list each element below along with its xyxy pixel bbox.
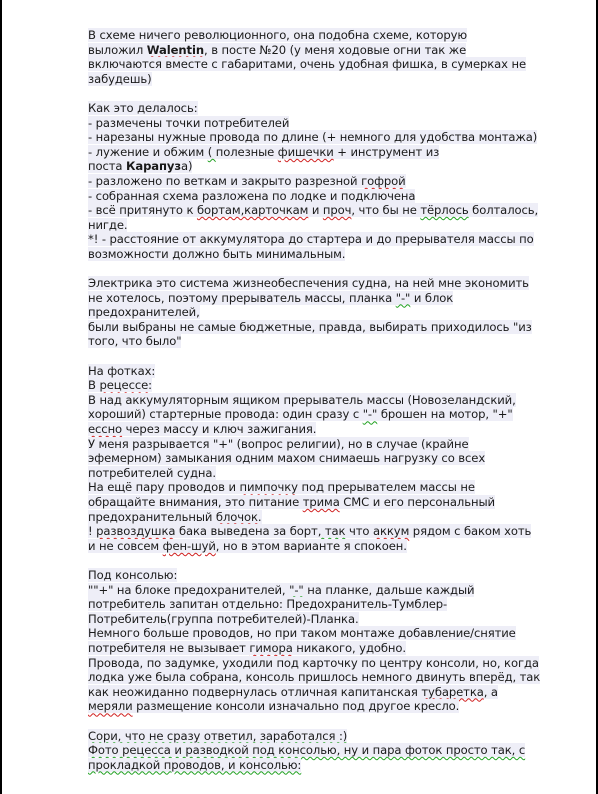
text-line: На фотках: <box>88 364 588 379</box>
line-highlight: прокладкой проводов, и консолью: <box>88 758 301 772</box>
line-highlight: включаются вместе с габаритами, очень уд… <box>88 57 526 71</box>
text-run: через массу и ключ зажигания. <box>122 422 316 436</box>
text-run: В <box>88 378 99 392</box>
line-highlight: Провода, по задумке, уходили под карточк… <box>88 656 539 670</box>
text-run: ! <box>88 524 96 538</box>
text-line: прокладкой проводов, и консолью: <box>88 758 588 773</box>
text-line: хороший) стартерные провода: один сразу … <box>88 407 588 422</box>
line-highlight: В над аккумуляторным ящиком прерыватель … <box>88 393 516 407</box>
text-run: ""+" на блоке предохранителей, <box>88 583 289 597</box>
text-line: Провода, по задумке, уходили под карточк… <box>88 656 588 671</box>
line-highlight: В рецессе: <box>88 378 152 392</box>
text-run: что <box>345 524 373 538</box>
line-highlight: не хотелось, поэтому прерыватель массы, … <box>88 291 453 305</box>
spellcheck-marked-text: ( <box>208 145 216 159</box>
text-run: Провода, по задумке, уходили под карточк… <box>88 656 539 670</box>
text-line: как неожиданно подвернулась отличная кап… <box>88 685 588 700</box>
text-run: потребитель запитан отдельно: Предохрани… <box>88 597 447 611</box>
line-highlight: и не совсем фен-шуй, но в этом варианте … <box>88 539 407 553</box>
line-highlight: Потребитель(группа потребителей)-Планка. <box>88 612 359 626</box>
line-highlight: Сори, что не сразу ответил, заработался … <box>88 729 347 743</box>
text-run: - всё притянуто к <box>88 203 197 217</box>
text-run: поста <box>88 159 126 173</box>
text-line: и не совсем фен-шуй, но в этом варианте … <box>88 539 588 554</box>
text-line: В над аккумуляторным ящиком прерыватель … <box>88 393 588 408</box>
text-run: СМС и его персональный <box>340 495 495 509</box>
text-run: Потребител <box>88 612 160 626</box>
line-highlight: - собранная схема разложена по лодке и п… <box>88 189 415 203</box>
bold-username: Walentin <box>147 43 204 57</box>
text-line: Электрика это система жизнеобеспечения с… <box>88 276 588 291</box>
spellcheck-marked-text: проч <box>323 203 351 217</box>
text-line: ! развоздушка бака выведена за борт, так… <box>88 524 588 539</box>
line-highlight: Немного больше проводов, но при таком мо… <box>88 626 516 640</box>
spellcheck-marked-text: прокладкой проводов, и консолью: <box>88 758 301 772</box>
text-line: У меня разрывается "+" (вопрос религии),… <box>88 437 588 452</box>
line-highlight: как неожиданно подвернулась отличная кап… <box>88 685 498 699</box>
line-highlight: потребителей судна. <box>88 466 216 480</box>
document-page: В схеме ничего революционного, она подоб… <box>0 0 598 794</box>
text-run: , что бы не <box>351 203 420 217</box>
text-line: выложил Walentin, в посте №20 (у меня хо… <box>88 43 588 58</box>
text-run: потребителя не вызывает <box>88 641 249 655</box>
blank-line <box>88 714 588 729</box>
text-run: На фотках: <box>88 364 155 378</box>
text-line: *! - расстояние от аккумулятора до старт… <box>88 232 588 247</box>
spellcheck-marked-text: "-" <box>363 407 378 421</box>
text-line: Сори, что не сразу ответил, заработался … <box>88 729 588 744</box>
paragraph: Под консолью:""+" на блоке предохранител… <box>88 568 588 714</box>
text-line: На ещё пару проводов и пимпочку под прер… <box>88 480 588 495</box>
line-highlight: предохранителей, <box>88 305 200 319</box>
text-line: потребителей судна. <box>88 466 588 481</box>
text-run: бака выведена за борт <box>175 524 317 538</box>
text-line: нигде. <box>88 218 588 233</box>
text-run: + инструмент из <box>334 145 440 159</box>
text-line: поста Карапуза) <box>88 159 588 174</box>
spellcheck-marked-text: Сори, что не сразу ответил, заработался … <box>88 729 347 743</box>
text-run: болталось, <box>469 203 539 217</box>
line-highlight: - размечены точки потребителей <box>88 116 289 130</box>
spellcheck-marked-text: "-" <box>289 583 304 597</box>
line-highlight: меряли размещение консоли изначально под… <box>88 699 459 713</box>
text-run: выложил <box>88 43 147 57</box>
line-highlight: ! развоздушка бака выведена за борт, так… <box>88 524 531 538</box>
text-run: , а <box>484 685 498 699</box>
line-highlight: хороший) стартерные провода: один сразу … <box>88 407 513 421</box>
spellcheck-marked-text: развоздушка <box>96 524 175 538</box>
text-run: лодка уже была собрана, консоль пришлось… <box>88 670 540 684</box>
text-line: ""+" на блоке предохранителей, "-" на пл… <box>88 583 588 598</box>
blank-line <box>88 262 588 277</box>
text-run: включаются вместе с габаритами, очень уд… <box>88 57 526 71</box>
spellcheck-marked-text: бортам,карточкам <box>197 203 308 217</box>
text-line: были выбраны не самые бюджетные, правда,… <box>88 320 588 335</box>
text-run: - нарезаны нужные провода по длине (+ не… <box>88 130 537 144</box>
text-run: полезные <box>216 145 278 159</box>
text-line: ессно через массу и ключ зажигания. <box>88 422 588 437</box>
spellcheck-marked-text: "-" <box>396 291 411 305</box>
text-line: забудешь) <box>88 72 588 87</box>
spellcheck-marked-text: ессно <box>88 422 122 436</box>
spellcheck-marked-text: фен-шуй <box>163 539 216 553</box>
text-line: - собранная схема разложена по лодке и п… <box>88 189 588 204</box>
text-run: а) <box>181 159 192 173</box>
text-run: нигде. <box>88 218 127 232</box>
blank-line <box>88 86 588 101</box>
text-run: группа потребителей)-Планка. <box>171 612 358 626</box>
line-highlight: *! - расстояние от аккумулятора до старт… <box>88 232 534 246</box>
spellcheck-marked-text: , так <box>318 524 346 538</box>
text-run: и не совсем <box>88 539 163 553</box>
line-highlight: - лужение и обжим ( полезные фишечки + и… <box>88 145 439 159</box>
line-highlight: - всё притянуто к бортам,карточкам и про… <box>88 203 538 217</box>
document-body[interactable]: В схеме ничего революционного, она подоб… <box>88 28 588 772</box>
text-run: - лужение и обжим <box>88 145 208 159</box>
line-highlight: У меня разрывается "+" (вопрос религии),… <box>88 437 469 451</box>
text-line: Фото рецесса и разводкой под консолью, н… <box>88 743 588 758</box>
text-line: того, что было" <box>88 334 588 349</box>
line-highlight: ""+" на блоке предохранителей, "-" на пл… <box>88 583 474 597</box>
text-line: возможности должно быть минимальным. <box>88 247 588 262</box>
text-line: - нарезаны нужные провода по длине (+ не… <box>88 130 588 145</box>
text-line: Под консолью: <box>88 568 588 583</box>
text-line: лодка уже была собрана, консоль пришлось… <box>88 670 588 685</box>
text-run: под прерывателем массы не <box>298 480 475 494</box>
line-highlight: - нарезаны нужные провода по длине (+ не… <box>88 130 537 144</box>
line-highlight: были выбраны не самые бюджетные, правда,… <box>88 320 532 334</box>
text-run: , в посте №20 (у меня ходовые огни так ж… <box>204 43 466 57</box>
text-run: рядом с баком хоть <box>409 524 531 538</box>
spellcheck-marked-text: гофрой <box>361 174 405 188</box>
text-line: - лужение и обжим ( полезные фишечки + и… <box>88 145 588 160</box>
text-line: Немного больше проводов, но при таком мо… <box>88 626 588 641</box>
paragraph: На фотках:В рецессе:В над аккумуляторным… <box>88 364 588 554</box>
line-highlight: Электрика это система жизнеобеспечения с… <box>88 276 529 290</box>
text-run: были выбраны не самые бюджетные, правда,… <box>88 320 532 334</box>
text-line: Как это делалось: <box>88 101 588 116</box>
text-line: В рецессе: <box>88 378 588 393</box>
text-line: не хотелось, поэтому прерыватель массы, … <box>88 291 588 306</box>
text-run: . <box>258 510 262 524</box>
line-highlight: предохранительный блочок. <box>88 510 262 524</box>
spellcheck-marked-text: Фото рецесса и разводкой под консолью, н… <box>88 743 525 757</box>
line-highlight: нигде. <box>88 218 127 232</box>
spellcheck-marked-text: рецессе: <box>99 378 152 392</box>
text-line: - размечены точки потребителей <box>88 116 588 131</box>
text-line: - всё притянуто к бортам,карточкам и про… <box>88 203 588 218</box>
text-line: потребителя не вызывает гимора никакого,… <box>88 641 588 656</box>
blank-line <box>88 553 588 568</box>
line-highlight: возможности должно быть минимальным. <box>88 247 345 261</box>
text-line: меряли размещение консоли изначально под… <box>88 699 588 714</box>
line-highlight: На фотках: <box>88 364 155 378</box>
text-run: - разложено по веткам и закрыто разрезно… <box>88 174 361 188</box>
text-run: Немного больше проводов, но при таком мо… <box>88 626 516 640</box>
text-run: и блок <box>410 291 453 305</box>
line-highlight: выложил Walentin, в посте №20 (у меня хо… <box>88 43 466 57</box>
text-run: В схеме ничего революционного, она подоб… <box>88 28 467 42</box>
line-highlight: Под консолью: <box>88 568 177 582</box>
text-run: предохранителей, <box>88 305 200 319</box>
text-line: включаются вместе с габаритами, очень уд… <box>88 57 588 72</box>
text-line: предохранительный блочок. <box>88 510 588 525</box>
text-run: Как это делалось: <box>88 101 198 115</box>
paragraph: Сори, что не сразу ответил, заработался … <box>88 729 588 773</box>
text-run: - размечены точки потребителей <box>88 116 289 130</box>
spellcheck-marked-text: меряли <box>88 699 133 713</box>
spellcheck-marked-text: тёрлось <box>420 203 468 217</box>
text-line: В схеме ничего революционного, она подоб… <box>88 28 588 43</box>
spellcheck-marked-text: трима <box>303 495 340 509</box>
text-line: Потребитель(группа потребителей)-Планка. <box>88 612 588 627</box>
spellcheck-marked-text: ь( <box>160 612 171 626</box>
spellcheck-marked-text: гимора <box>249 641 292 655</box>
text-run: забудешь) <box>88 72 152 86</box>
bold-username: Карапуз <box>126 159 181 173</box>
line-highlight: ессно через массу и ключ зажигания. <box>88 422 316 436</box>
line-highlight: В схеме ничего революционного, она подоб… <box>88 28 467 42</box>
text-run: *! - расстояние от аккумулятора до старт… <box>88 232 534 246</box>
line-highlight: потребитель запитан отдельно: Предохрани… <box>88 597 447 611</box>
text-run: Под консолью: <box>88 568 177 582</box>
spellcheck-marked-text: фишечки <box>278 145 334 159</box>
text-run: на планке, дальше каждый <box>304 583 475 597</box>
text-run: потребителей судна. <box>88 466 216 480</box>
paragraph: Как это делалось:- размечены точки потре… <box>88 101 588 262</box>
line-highlight: поста Карапуза) <box>88 159 192 173</box>
text-run: - собранная схема разложена по лодке и п… <box>88 189 415 203</box>
text-line: - разложено по веткам и закрыто разрезно… <box>88 174 588 189</box>
text-line: эфемерном) замыкания одним махом снимаеш… <box>88 451 588 466</box>
line-highlight: Фото рецесса и разводкой под консолью, н… <box>88 743 525 757</box>
text-run: возможности должно быть минимальным. <box>88 247 345 261</box>
spellcheck-marked-text: аккум <box>373 524 409 538</box>
spellcheck-marked-text: пимпочку <box>239 480 297 494</box>
line-highlight: На ещё пару проводов и пимпочку под прер… <box>88 480 475 494</box>
text-run: того, что было" <box>88 334 181 348</box>
line-highlight: потребителя не вызывает гимора никакого,… <box>88 641 406 655</box>
spellcheck-marked-text: тубаретка <box>421 685 483 699</box>
line-highlight: обращайте внимания, это питание трима СМ… <box>88 495 495 509</box>
line-highlight: - разложено по веткам и закрыто разрезно… <box>88 174 406 188</box>
text-run: хороший) стартерные провода: один сразу … <box>88 407 363 421</box>
text-run: брошен на мотор, "+" <box>377 407 512 421</box>
line-highlight: Как это делалось: <box>88 101 198 115</box>
text-run: На ещё пару проводов и <box>88 480 239 494</box>
text-run: размещение консоли изначально под другое… <box>133 699 460 713</box>
text-run: и <box>308 203 323 217</box>
paragraph: Электрика это система жизнеобеспечения с… <box>88 276 588 349</box>
text-run: эфемерном) замыкания одним махом снимаеш… <box>88 451 485 465</box>
line-highlight: забудешь) <box>88 72 152 86</box>
text-run: обращайте внимания, это питание <box>88 495 303 509</box>
text-line: обращайте внимания, это питание трима СМ… <box>88 495 588 510</box>
line-highlight: лодка уже была собрана, консоль пришлось… <box>88 670 540 684</box>
text-run: предохранительный <box>88 510 216 524</box>
text-run: никакого, удобно. <box>293 641 406 655</box>
spellcheck-marked-text: блочок <box>216 510 258 524</box>
blank-line <box>88 349 588 364</box>
line-highlight: того, что было" <box>88 334 181 348</box>
line-highlight: эфемерном) замыкания одним махом снимаеш… <box>88 451 485 465</box>
text-run: как неожиданно подвернулась отличная кап… <box>88 685 421 699</box>
text-run: В над аккумуляторным ящиком прерыватель … <box>88 393 516 407</box>
text-line: потребитель запитан отдельно: Предохрани… <box>88 597 588 612</box>
text-run: У меня разрывается "+" (вопрос религии),… <box>88 437 469 451</box>
text-run: , но в этом варианте я спокоен. <box>216 539 407 553</box>
text-line: предохранителей, <box>88 305 588 320</box>
paragraph: В схеме ничего революционного, она подоб… <box>88 28 588 86</box>
text-run: не хотелось, поэтому прерыватель массы, … <box>88 291 396 305</box>
text-run: Электрика это система жизнеобеспечения с… <box>88 276 529 290</box>
